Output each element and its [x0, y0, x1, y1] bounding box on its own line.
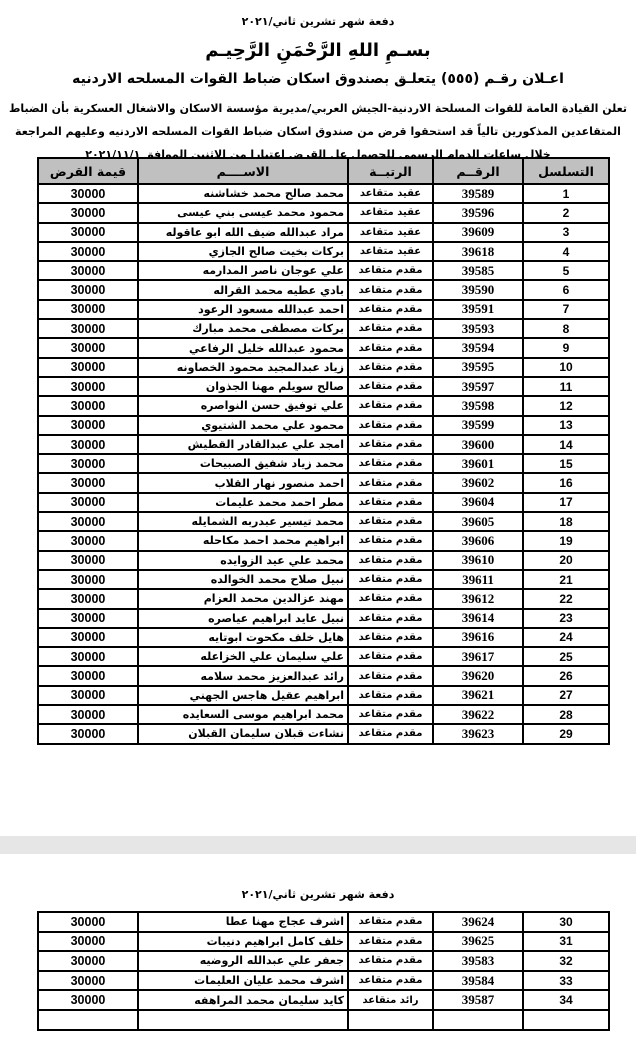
table-row: 1839605مقدم متقاعدمحمد تيسير عبدربه الشم…	[38, 512, 609, 531]
cell-loan: 30000	[38, 666, 138, 685]
table-row: 3039624مقدم متقاعداشرف عجاج مهنا عطا3000…	[38, 912, 609, 932]
cell-rank: مقدم متقاعد	[348, 570, 433, 589]
cell-rank: مقدم متقاعد	[348, 589, 433, 608]
cell-number: 39610	[433, 551, 523, 570]
cell-rank: مقدم متقاعد	[348, 705, 433, 724]
cell-loan: 30000	[38, 280, 138, 299]
cell-serial: 18	[523, 512, 609, 531]
cell-rank: مقدم متقاعد	[348, 932, 433, 952]
cell-number: 39609	[433, 223, 523, 242]
cell-rank: مقدم متقاعد	[348, 358, 433, 377]
cell-serial: 28	[523, 705, 609, 724]
cell-serial: 8	[523, 319, 609, 338]
column-header-serial: التسلسل	[523, 158, 609, 184]
cell-loan: 30000	[38, 203, 138, 222]
cell-rank: مقدم متقاعد	[348, 338, 433, 357]
cell-serial: 34	[523, 990, 609, 1010]
table-row: 2939623مقدم متقاعدنشاءت قبلان سليمان الق…	[38, 724, 609, 743]
table-row: 139589عقيد متقاعدمحمد صالح محمد خشاشنه30…	[38, 184, 609, 203]
cell-number: 39597	[433, 377, 523, 396]
table-row: 1239598مقدم متقاعدعلي توفيق حسن النواصره…	[38, 396, 609, 415]
empty-cell	[348, 1010, 433, 1030]
cell-loan: 30000	[38, 184, 138, 203]
cell-loan: 30000	[38, 628, 138, 647]
cell-rank: رائد متقاعد	[348, 990, 433, 1010]
table-row: 2139611مقدم متقاعدنبيل صلاح محمد الخوالد…	[38, 570, 609, 589]
table-row: 2839622مقدم متقاعدمحمد ابراهيم موسى السع…	[38, 705, 609, 724]
cell-loan: 30000	[38, 647, 138, 666]
table-row: 1639602مقدم متقاعداحمد منصور نهار القلاب…	[38, 473, 609, 492]
cell-number: 39622	[433, 705, 523, 724]
cell-serial: 6	[523, 280, 609, 299]
cell-loan: 30000	[38, 300, 138, 319]
empty-cell	[138, 1010, 348, 1030]
cell-loan: 30000	[38, 609, 138, 628]
cell-name: خلف كامل ابراهيم دنيبات	[138, 932, 348, 952]
cell-rank: مقدم متقاعد	[348, 666, 433, 685]
table-row: 1739604مقدم متقاعدمطر احمد محمد عليمات30…	[38, 493, 609, 512]
cell-number: 39591	[433, 300, 523, 319]
cell-loan: 30000	[38, 912, 138, 932]
table-row: 2539617مقدم متقاعدعلي سليمان علي الخزاعل…	[38, 647, 609, 666]
cell-number: 39599	[433, 416, 523, 435]
cell-loan: 30000	[38, 319, 138, 338]
cell-serial: 17	[523, 493, 609, 512]
cell-rank: مقدم متقاعد	[348, 377, 433, 396]
cell-rank: مقدم متقاعد	[348, 628, 433, 647]
cell-serial: 29	[523, 724, 609, 743]
cell-name: علي سليمان علي الخزاعله	[138, 647, 348, 666]
cell-number: 39598	[433, 396, 523, 415]
cell-number: 39623	[433, 724, 523, 743]
cell-serial: 20	[523, 551, 609, 570]
cell-name: بركات مصطفى محمد مبارك	[138, 319, 348, 338]
cell-number: 39596	[433, 203, 523, 222]
cell-rank: مقدم متقاعد	[348, 512, 433, 531]
column-header-rank: الرتبــة	[348, 158, 433, 184]
table-header-row: التسلسل الرقــم الرتبــة الاســــم قيمة …	[38, 158, 609, 184]
table-row: 3139625مقدم متقاعدخلف كامل ابراهيم دنيبا…	[38, 932, 609, 952]
cell-rank: مقدم متقاعد	[348, 473, 433, 492]
document-page: دفعة شهر تشرين ثاني/٢٠٢١ بسـمِ اللهِ الر…	[0, 0, 636, 1051]
cell-rank: مقدم متقاعد	[348, 609, 433, 628]
cell-serial: 26	[523, 666, 609, 685]
cell-loan: 30000	[38, 971, 138, 991]
table-row: 3339584مقدم متقاعداشرف محمد عليان العليم…	[38, 971, 609, 991]
cell-serial: 4	[523, 242, 609, 261]
cell-loan: 30000	[38, 589, 138, 608]
table-body-page2: 3039624مقدم متقاعداشرف عجاج مهنا عطا3000…	[38, 912, 609, 1030]
cell-rank: عقيد متقاعد	[348, 242, 433, 261]
cell-number: 39601	[433, 454, 523, 473]
announcement-paragraph: تعلن القيادة العامة للقوات المسلحة الارد…	[0, 97, 636, 166]
cell-loan: 30000	[38, 435, 138, 454]
cell-number: 39595	[433, 358, 523, 377]
cell-rank: عقيد متقاعد	[348, 223, 433, 242]
cell-serial: 2	[523, 203, 609, 222]
cell-loan: 30000	[38, 261, 138, 280]
cell-name: نبيل عايد ابراهيم عياصره	[138, 609, 348, 628]
cell-rank: مقدم متقاعد	[348, 280, 433, 299]
cell-loan: 30000	[38, 686, 138, 705]
table-row: 2239612مقدم متقاعدمهند عزالدين محمد العز…	[38, 589, 609, 608]
cell-serial: 5	[523, 261, 609, 280]
cell-name: محمود محمد عيسى بني عيسى	[138, 203, 348, 222]
announcement-title: اعـلان رقـم (٥٥٥) يتعلـق بصندوق اسكان ضب…	[0, 71, 636, 87]
cell-name: بادي عطيه محمد القراله	[138, 280, 348, 299]
table-row: 2039610مقدم متقاعدمحمد علي عيد الزوايده3…	[38, 551, 609, 570]
cell-name: نبيل صلاح محمد الخوالده	[138, 570, 348, 589]
cell-rank: مقدم متقاعد	[348, 261, 433, 280]
cell-number: 39612	[433, 589, 523, 608]
column-header-loan: قيمة القرض	[38, 158, 138, 184]
cell-serial: 13	[523, 416, 609, 435]
cell-rank: مقدم متقاعد	[348, 912, 433, 932]
cell-name: نشاءت قبلان سليمان القبلان	[138, 724, 348, 743]
table-row: 539585مقدم متقاعدعلي عوجان ناصر المدارمه…	[38, 261, 609, 280]
table-row: 2439616مقدم متقاعدهايل خلف مكحوت ابوتايه…	[38, 628, 609, 647]
paragraph-line-2: المتقاعدين المذكورين تالياً قد استحقوا ق…	[0, 120, 636, 143]
cell-serial: 7	[523, 300, 609, 319]
cell-serial: 27	[523, 686, 609, 705]
cell-name: محمد علي عيد الزوايده	[138, 551, 348, 570]
officers-table-page1: التسلسل الرقــم الرتبــة الاســــم قيمة …	[37, 157, 610, 745]
table-row: 1939606مقدم متقاعدابراهيم محمد احمد مكاح…	[38, 531, 609, 550]
table-row: 2639620مقدم متقاعدرائد عبدالعزيز محمد سل…	[38, 666, 609, 685]
cell-serial: 12	[523, 396, 609, 415]
table-row: 939594مقدم متقاعدمحمود عبدالله خليل الرف…	[38, 338, 609, 357]
cell-rank: مقدم متقاعد	[348, 971, 433, 991]
cell-rank: مقدم متقاعد	[348, 319, 433, 338]
table-row: 1539601مقدم متقاعدمحمد زياد شفيق الصبيحا…	[38, 454, 609, 473]
cell-loan: 30000	[38, 512, 138, 531]
cell-number: 39594	[433, 338, 523, 357]
cell-serial: 31	[523, 932, 609, 952]
table-body-page1: 139589عقيد متقاعدمحمد صالح محمد خشاشنه30…	[38, 184, 609, 744]
cell-number: 39600	[433, 435, 523, 454]
cell-number: 39624	[433, 912, 523, 932]
cell-loan: 30000	[38, 493, 138, 512]
cell-number: 39590	[433, 280, 523, 299]
cell-name: ابراهيم محمد احمد مكاحله	[138, 531, 348, 550]
cell-name: محمد زياد شفيق الصبيحات	[138, 454, 348, 473]
table-row: 2339614مقدم متقاعدنبيل عايد ابراهيم عياص…	[38, 609, 609, 628]
cell-loan: 30000	[38, 416, 138, 435]
cell-loan: 30000	[38, 338, 138, 357]
cell-number: 39621	[433, 686, 523, 705]
officers-table-page2: 3039624مقدم متقاعداشرف عجاج مهنا عطا3000…	[37, 911, 610, 1031]
cell-rank: مقدم متقاعد	[348, 435, 433, 454]
cell-loan: 30000	[38, 551, 138, 570]
cell-number: 39602	[433, 473, 523, 492]
cell-serial: 25	[523, 647, 609, 666]
cell-loan: 30000	[38, 932, 138, 952]
cell-serial: 9	[523, 338, 609, 357]
cell-loan: 30000	[38, 705, 138, 724]
cell-serial: 19	[523, 531, 609, 550]
cell-name: محمود علي محمد الشتيوي	[138, 416, 348, 435]
cell-serial: 23	[523, 609, 609, 628]
table-row: 439618عقيد متقاعدبركات بخيت صالح الجازي3…	[38, 242, 609, 261]
cell-serial: 11	[523, 377, 609, 396]
cell-name: ابراهيم عقيل هاجس الجهني	[138, 686, 348, 705]
cell-loan: 30000	[38, 724, 138, 743]
table-row: 639590مقدم متقاعدبادي عطيه محمد القراله3…	[38, 280, 609, 299]
cell-serial: 24	[523, 628, 609, 647]
cell-loan: 30000	[38, 242, 138, 261]
cell-serial: 15	[523, 454, 609, 473]
cell-name: رائد عبدالعزيز محمد سلامه	[138, 666, 348, 685]
cell-number: 39593	[433, 319, 523, 338]
cell-rank: مقدم متقاعد	[348, 454, 433, 473]
empty-cell	[38, 1010, 138, 1030]
cell-serial: 3	[523, 223, 609, 242]
cell-number: 39585	[433, 261, 523, 280]
cell-serial: 14	[523, 435, 609, 454]
cell-loan: 30000	[38, 990, 138, 1010]
cell-number: 39611	[433, 570, 523, 589]
cell-rank: مقدم متقاعد	[348, 951, 433, 971]
cell-name: امجد علي عبدالقادر القطيش	[138, 435, 348, 454]
cell-rank: مقدم متقاعد	[348, 531, 433, 550]
cell-loan: 30000	[38, 570, 138, 589]
column-header-name: الاســــم	[138, 158, 348, 184]
cell-serial: 22	[523, 589, 609, 608]
table-row: 339609عقيد متقاعدمراد عبدالله ضيف الله ا…	[38, 223, 609, 242]
cell-serial: 10	[523, 358, 609, 377]
cell-serial: 33	[523, 971, 609, 991]
cell-loan: 30000	[38, 951, 138, 971]
cell-number: 39620	[433, 666, 523, 685]
cell-loan: 30000	[38, 223, 138, 242]
empty-row	[38, 1010, 609, 1030]
cell-name: صالح سويلم مهنا الجذوان	[138, 377, 348, 396]
page-separator	[0, 836, 636, 854]
batch-date-label: دفعة شهر تشرين ثاني/٢٠٢١	[0, 15, 636, 28]
cell-rank: مقدم متقاعد	[348, 647, 433, 666]
cell-name: احمد منصور نهار القلاب	[138, 473, 348, 492]
table-row: 1139597مقدم متقاعدصالح سويلم مهنا الجذوا…	[38, 377, 609, 396]
cell-loan: 30000	[38, 473, 138, 492]
table-row: 1039595مقدم متقاعدزياد عبدالمجيد محمود ا…	[38, 358, 609, 377]
cell-number: 39589	[433, 184, 523, 203]
table-row: 739591مقدم متقاعداحمد عبدالله مسعود الرع…	[38, 300, 609, 319]
cell-rank: مقدم متقاعد	[348, 493, 433, 512]
cell-number: 39625	[433, 932, 523, 952]
cell-serial: 1	[523, 184, 609, 203]
cell-name: محمود عبدالله خليل الرفاعي	[138, 338, 348, 357]
table-row: 1339599مقدم متقاعدمحمود علي محمد الشتيوي…	[38, 416, 609, 435]
cell-name: محمد ابراهيم موسى السعايده	[138, 705, 348, 724]
empty-cell	[433, 1010, 523, 1030]
cell-name: احمد عبدالله مسعود الرعود	[138, 300, 348, 319]
cell-number: 39606	[433, 531, 523, 550]
bismillah-text: بسـمِ اللهِ الرَّحْمَنِ الرَّحِيـم	[0, 40, 636, 61]
cell-name: هايل خلف مكحوت ابوتايه	[138, 628, 348, 647]
cell-rank: عقيد متقاعد	[348, 184, 433, 203]
cell-name: جعفر علي عبدالله الروضيه	[138, 951, 348, 971]
column-header-number: الرقــم	[433, 158, 523, 184]
cell-number: 39587	[433, 990, 523, 1010]
cell-serial: 16	[523, 473, 609, 492]
cell-number: 39618	[433, 242, 523, 261]
batch-date-label-page2: دفعة شهر تشرين ثاني/٢٠٢١	[0, 888, 636, 901]
table-row: 1439600مقدم متقاعدامجد علي عبدالقادر الق…	[38, 435, 609, 454]
cell-loan: 30000	[38, 454, 138, 473]
cell-serial: 21	[523, 570, 609, 589]
cell-number: 39605	[433, 512, 523, 531]
cell-rank: مقدم متقاعد	[348, 396, 433, 415]
cell-name: زياد عبدالمجيد محمود الخصاونه	[138, 358, 348, 377]
cell-rank: مقدم متقاعد	[348, 551, 433, 570]
cell-loan: 30000	[38, 358, 138, 377]
cell-number: 39614	[433, 609, 523, 628]
table-row: 2739621مقدم متقاعدابراهيم عقيل هاجس الجه…	[38, 686, 609, 705]
paragraph-line-1: تعلن القيادة العامة للقوات المسلحة الارد…	[0, 97, 636, 120]
cell-serial: 30	[523, 912, 609, 932]
cell-name: اشرف محمد عليان العليمات	[138, 971, 348, 991]
cell-loan: 30000	[38, 531, 138, 550]
table-row: 3439587رائد متقاعدكايد سليمان محمد المرا…	[38, 990, 609, 1010]
cell-number: 39604	[433, 493, 523, 512]
cell-name: اشرف عجاج مهنا عطا	[138, 912, 348, 932]
cell-name: مهند عزالدين محمد العزام	[138, 589, 348, 608]
cell-number: 39584	[433, 971, 523, 991]
cell-name: علي توفيق حسن النواصره	[138, 396, 348, 415]
cell-rank: مقدم متقاعد	[348, 300, 433, 319]
cell-name: مراد عبدالله ضيف الله ابو عاقوله	[138, 223, 348, 242]
cell-rank: مقدم متقاعد	[348, 724, 433, 743]
cell-name: محمد صالح محمد خشاشنه	[138, 184, 348, 203]
cell-number: 39583	[433, 951, 523, 971]
cell-number: 39616	[433, 628, 523, 647]
cell-name: علي عوجان ناصر المدارمه	[138, 261, 348, 280]
cell-number: 39617	[433, 647, 523, 666]
table-row: 839593مقدم متقاعدبركات مصطفى محمد مبارك3…	[38, 319, 609, 338]
table-row: 239596عقيد متقاعدمحمود محمد عيسى بني عيس…	[38, 203, 609, 222]
cell-serial: 32	[523, 951, 609, 971]
cell-loan: 30000	[38, 377, 138, 396]
cell-rank: مقدم متقاعد	[348, 686, 433, 705]
cell-rank: عقيد متقاعد	[348, 203, 433, 222]
empty-cell	[523, 1010, 609, 1030]
cell-loan: 30000	[38, 396, 138, 415]
table-row: 3239583مقدم متقاعدجعفر علي عبدالله الروض…	[38, 951, 609, 971]
cell-rank: مقدم متقاعد	[348, 416, 433, 435]
cell-name: محمد تيسير عبدربه الشمايله	[138, 512, 348, 531]
cell-name: مطر احمد محمد عليمات	[138, 493, 348, 512]
cell-name: بركات بخيت صالح الجازي	[138, 242, 348, 261]
cell-name: كايد سليمان محمد المراهفه	[138, 990, 348, 1010]
